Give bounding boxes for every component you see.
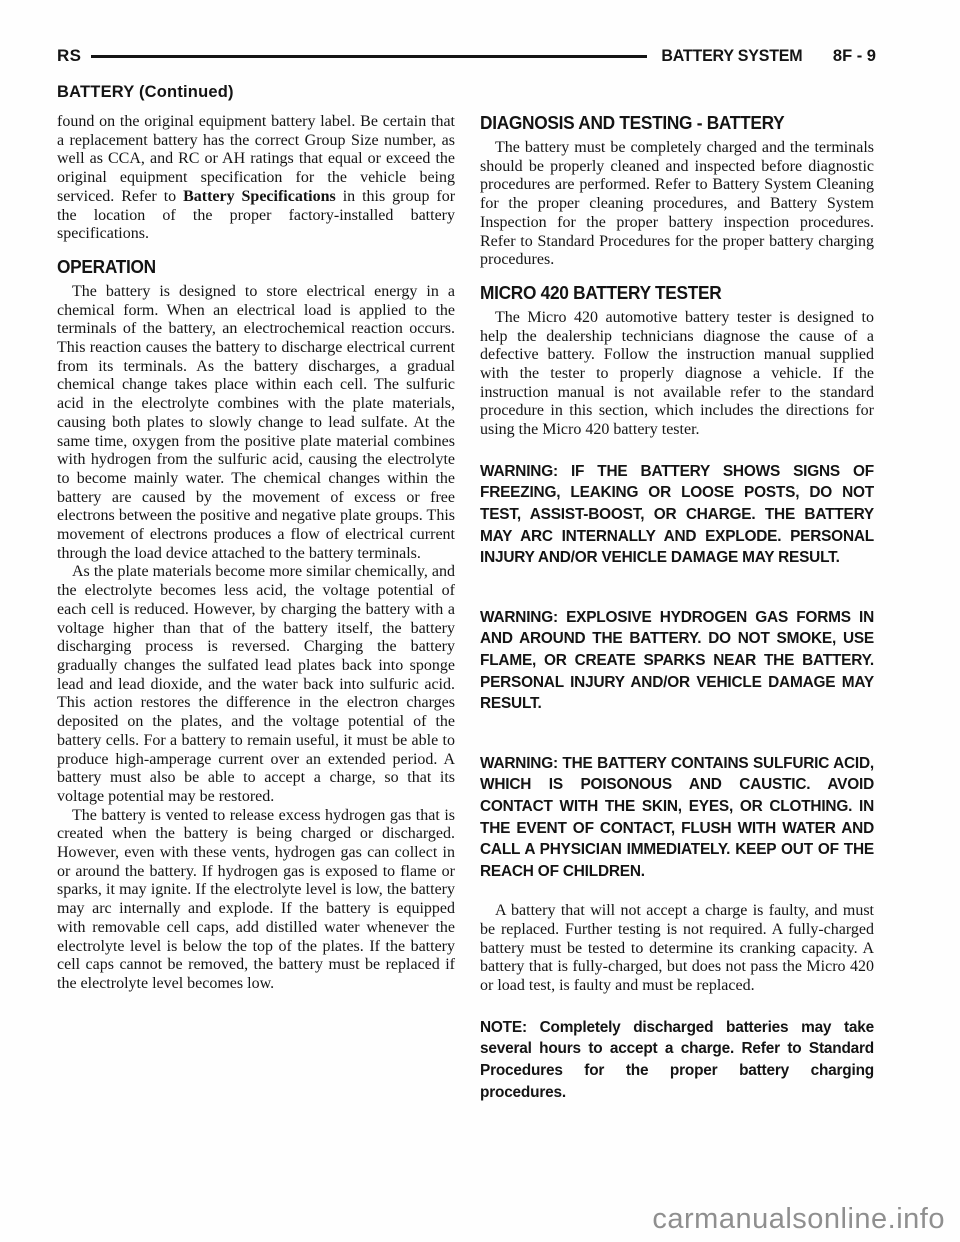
note-discharged-batteries: NOTE: Completely discharged batteries ma… xyxy=(480,1017,874,1103)
operation-paragraph-1: The battery is designed to store electri… xyxy=(57,283,455,564)
watermark: carmanualsonline.info xyxy=(652,1203,945,1236)
warning-hydrogen-gas: WARNING: EXPLOSIVE HYDROGEN GAS FORMS IN… xyxy=(480,607,874,715)
page-header: RS BATTERY SYSTEM 8F - 9 xyxy=(57,0,876,66)
continued-label: BATTERY (Continued) xyxy=(57,83,960,102)
page-number: 8F - 9 xyxy=(833,47,876,66)
operation-heading: OPERATION xyxy=(57,257,439,278)
two-column-body: found on the original equipment battery … xyxy=(57,113,876,1103)
intro-paragraph: found on the original equipment battery … xyxy=(57,113,455,244)
operation-paragraph-3: The battery is vented to release excess … xyxy=(57,807,455,994)
micro-420-heading: MICRO 420 BATTERY TESTER xyxy=(480,283,858,304)
charge-test-paragraph: A battery that will not accept a charge … xyxy=(480,902,874,996)
diagnosis-paragraph: The battery must be completely charged a… xyxy=(480,139,874,270)
micro-420-paragraph: The Micro 420 automotive battery tester … xyxy=(480,309,874,440)
warning-freezing: WARNING: IF THE BATTERY SHOWS SIGNS OF F… xyxy=(480,461,874,569)
model-code: RS xyxy=(57,46,81,66)
warning-sulfuric-acid: WARNING: THE BATTERY CONTAINS SULFURIC A… xyxy=(480,753,874,883)
right-column: DIAGNOSIS AND TESTING - BATTERY The batt… xyxy=(480,113,874,1103)
header-rule xyxy=(91,55,647,58)
left-column: found on the original equipment battery … xyxy=(57,113,455,1103)
section-title: BATTERY SYSTEM xyxy=(662,47,803,66)
battery-specifications-reference: Battery Specifications xyxy=(183,188,336,205)
diagnosis-heading: DIAGNOSIS AND TESTING - BATTERY xyxy=(480,113,858,134)
manual-page: RS BATTERY SYSTEM 8F - 9 BATTERY (Contin… xyxy=(0,0,960,1242)
operation-paragraph-2: As the plate materials become more simil… xyxy=(57,563,455,806)
